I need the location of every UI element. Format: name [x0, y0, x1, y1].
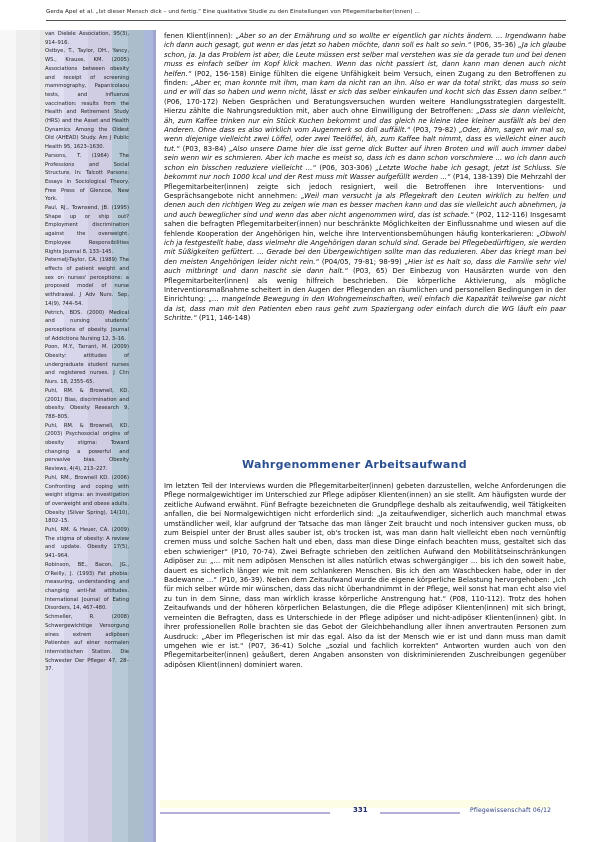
reference-item: Puhl, RM. & Brownell, KD. (2003) Psychos…: [45, 422, 129, 474]
body-text-run: (P04/05, 79-81; 98-99): [319, 258, 405, 266]
quote-text: „Aber er, man konnte mit ihm, man kam da…: [164, 79, 566, 96]
footer-rule-right: [380, 812, 460, 814]
footer-rule-left: [160, 812, 330, 814]
body-text-run: (P11, 146-148): [197, 314, 251, 322]
body-text-run: (P06, 303-306): [316, 164, 375, 172]
reference-item: van Dielele Association, 95(3), 914–916.: [45, 30, 129, 47]
reference-item: Petrich, BDS. (2000) Medical and nursing…: [45, 309, 129, 344]
reference-list: van Dielele Association, 95(3), 914–916.…: [45, 30, 129, 674]
reference-item: Peternelj-Taylor, CA. (1989) The effects…: [45, 256, 129, 308]
reference-item: Poon, M.Y., Tarrant, M. (2009) Obesity: …: [45, 343, 129, 387]
body-text-run: (P03, 79-82): [410, 126, 459, 134]
body-text-run: (P10, 36-39). Neben dem Zeitaufwand wurd…: [217, 576, 552, 584]
body-paragraph: Im letzten Teil der Interviews wurden di…: [164, 482, 566, 670]
body-text-part1: fenen Klient(innen): „Aber so an der Ern…: [164, 32, 566, 324]
page-number: 331: [353, 806, 368, 814]
reference-item: Puhl, RM., Brownell KD. (2006) Confronti…: [45, 474, 129, 526]
reference-item: Puhl, RM. & Brownell, KD. (2001) Bias, d…: [45, 387, 129, 422]
reference-item: Puhl, RM. & Heuer, CA. (2009) The stigma…: [45, 526, 129, 561]
reference-item: Schmeller, R. (2008) Schwergewichtige Ve…: [45, 613, 129, 674]
body-text-part2: Im letzten Teil der Interviews wurden di…: [164, 482, 566, 670]
journal-name: Pflegewissenschaft 06/12: [470, 807, 551, 814]
section-heading: Wahrgenommener Arbeitsaufwand: [242, 458, 467, 471]
body-text-run: (P03, 83-84): [180, 145, 230, 153]
reference-item: Robinson, BE., Bacon, JG., O'Reilly, J. …: [45, 561, 129, 613]
reference-item: Paul, RJ., Townsend, JB. (1995) Shape up…: [45, 204, 129, 256]
reference-item: Ostbye, T., Taylor, DH., Yancy, WS., Kra…: [45, 47, 129, 151]
body-text-run: fenen Klient(innen):: [164, 32, 236, 40]
body-paragraph: fenen Klient(innen): „Aber so an der Ern…: [164, 32, 566, 324]
running-header: Gerda Apel et al. „Ist dieser Mensch dic…: [46, 6, 566, 21]
reference-item: Parsons, T. (1964) The Professions and S…: [45, 152, 129, 204]
body-text-run: (P06, 35-36): [471, 41, 518, 49]
